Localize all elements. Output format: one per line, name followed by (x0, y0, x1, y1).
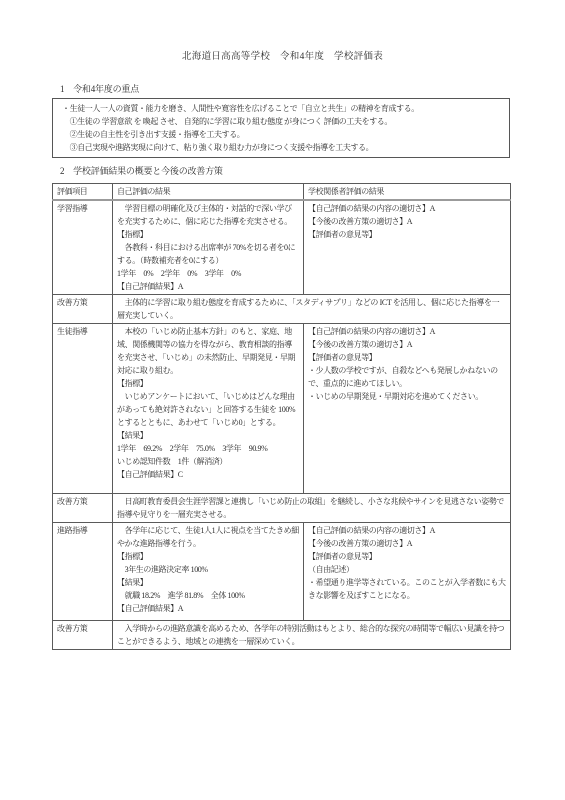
cell-self-evaluation-career: 各学年に応じて、生徒1人1人に視点を当てたきめ細やかな進路指導を行う。 【指標】… (113, 523, 304, 621)
table-row-career-guidance: 進路指導 各学年に応じて、生徒1人1人に視点を当てたきめ細やかな進路指導を行う。… (53, 523, 511, 621)
row-label-career-guidance: 進路指導 (53, 523, 113, 621)
cell-stakeholder-evaluation-learning: 【自己評価の結果の内容の適切さ】A 【今後の改善方策の適切さ】A 【評価者の意見… (304, 200, 511, 295)
cell-stakeholder-evaluation-career: 【自己評価の結果の内容の適切さ】A 【今後の改善方策の適切さ】A 【評価者の意見… (304, 523, 511, 621)
table-header-row: 評価項目 自己評価の結果 学校関係者評価の結果 (53, 184, 511, 201)
table-row-improvement-policy-2: 改善方策 日高町教育委員会生涯学習課と連携し「いじめ防止の取組」を継続し、小さな… (53, 494, 511, 523)
cell-improvement-policy-3: 入学時からの進路意識を高めるため、各学年の特別活動はもとより、総合的な探究の時間… (113, 621, 511, 650)
cell-self-evaluation-student: 本校の「いじめ防止基本方針」のもと、家庭、地域、関係機関等の協力を得ながら、教育… (113, 324, 304, 494)
priorities-text: ・生徒一人一人の資質・能力を磨き、人間性や寛容性を広げることで「自立と共生」の精… (62, 102, 500, 154)
table-row-improvement-policy-1: 改善方策 主体的に学習に取り組む態度を育成するために、「スタディサプリ」などの … (53, 295, 511, 324)
section-1-heading: 1 令和4年度の重点 (60, 83, 565, 96)
document-page: 北海道日高高等学校 令和4年度 学校評価表 1 令和4年度の重点 ・生徒一人一人… (0, 0, 565, 800)
table-row-improvement-policy-3: 改善方策 入学時からの進路意識を高めるため、各学年の特別活動はもとより、総合的な… (53, 621, 511, 650)
header-stakeholder-evaluation-result: 学校関係者評価の結果 (304, 184, 511, 201)
priorities-box: ・生徒一人一人の資質・能力を磨き、人間性や寛容性を広げることで「自立と共生」の精… (52, 98, 510, 158)
header-self-evaluation-result: 自己評価の結果 (113, 184, 304, 201)
table-row-student-guidance: 生徒指導 本校の「いじめ防止基本方針」のもと、家庭、地域、関係機関等の協力を得な… (53, 324, 511, 494)
row-label-improvement-policy-2: 改善方策 (53, 494, 113, 523)
row-label-student-guidance: 生徒指導 (53, 324, 113, 494)
row-label-improvement-policy-1: 改善方策 (53, 295, 113, 324)
cell-improvement-policy-1: 主体的に学習に取り組む態度を育成するために、「スタディサプリ」などの ICT を… (113, 295, 511, 324)
cell-self-evaluation-learning: 学習目標の明確化及び主体的・対話的で深い学びを充実するために、個に応じた指導を充… (113, 200, 304, 295)
evaluation-table: 評価項目 自己評価の結果 学校関係者評価の結果 学習指導 学習目標の明確化及び主… (52, 183, 511, 650)
header-evaluation-item: 評価項目 (53, 184, 113, 201)
table-row-learning-guidance: 学習指導 学習目標の明確化及び主体的・対話的で深い学びを充実するために、個に応じ… (53, 200, 511, 295)
cell-stakeholder-evaluation-student: 【自己評価の結果の内容の適切さ】A 【今後の改善方策の適切さ】A 【評価者の意見… (304, 324, 511, 494)
row-label-learning-guidance: 学習指導 (53, 200, 113, 295)
section-2-heading: 2 学校評価結果の概要と今後の改善方策 (60, 165, 565, 178)
page-title: 北海道日高高等学校 令和4年度 学校評価表 (0, 0, 565, 64)
row-label-improvement-policy-3: 改善方策 (53, 621, 113, 650)
cell-improvement-policy-2: 日高町教育委員会生涯学習課と連携し「いじめ防止の取組」を継続し、小さな兆候やサイ… (113, 494, 511, 523)
